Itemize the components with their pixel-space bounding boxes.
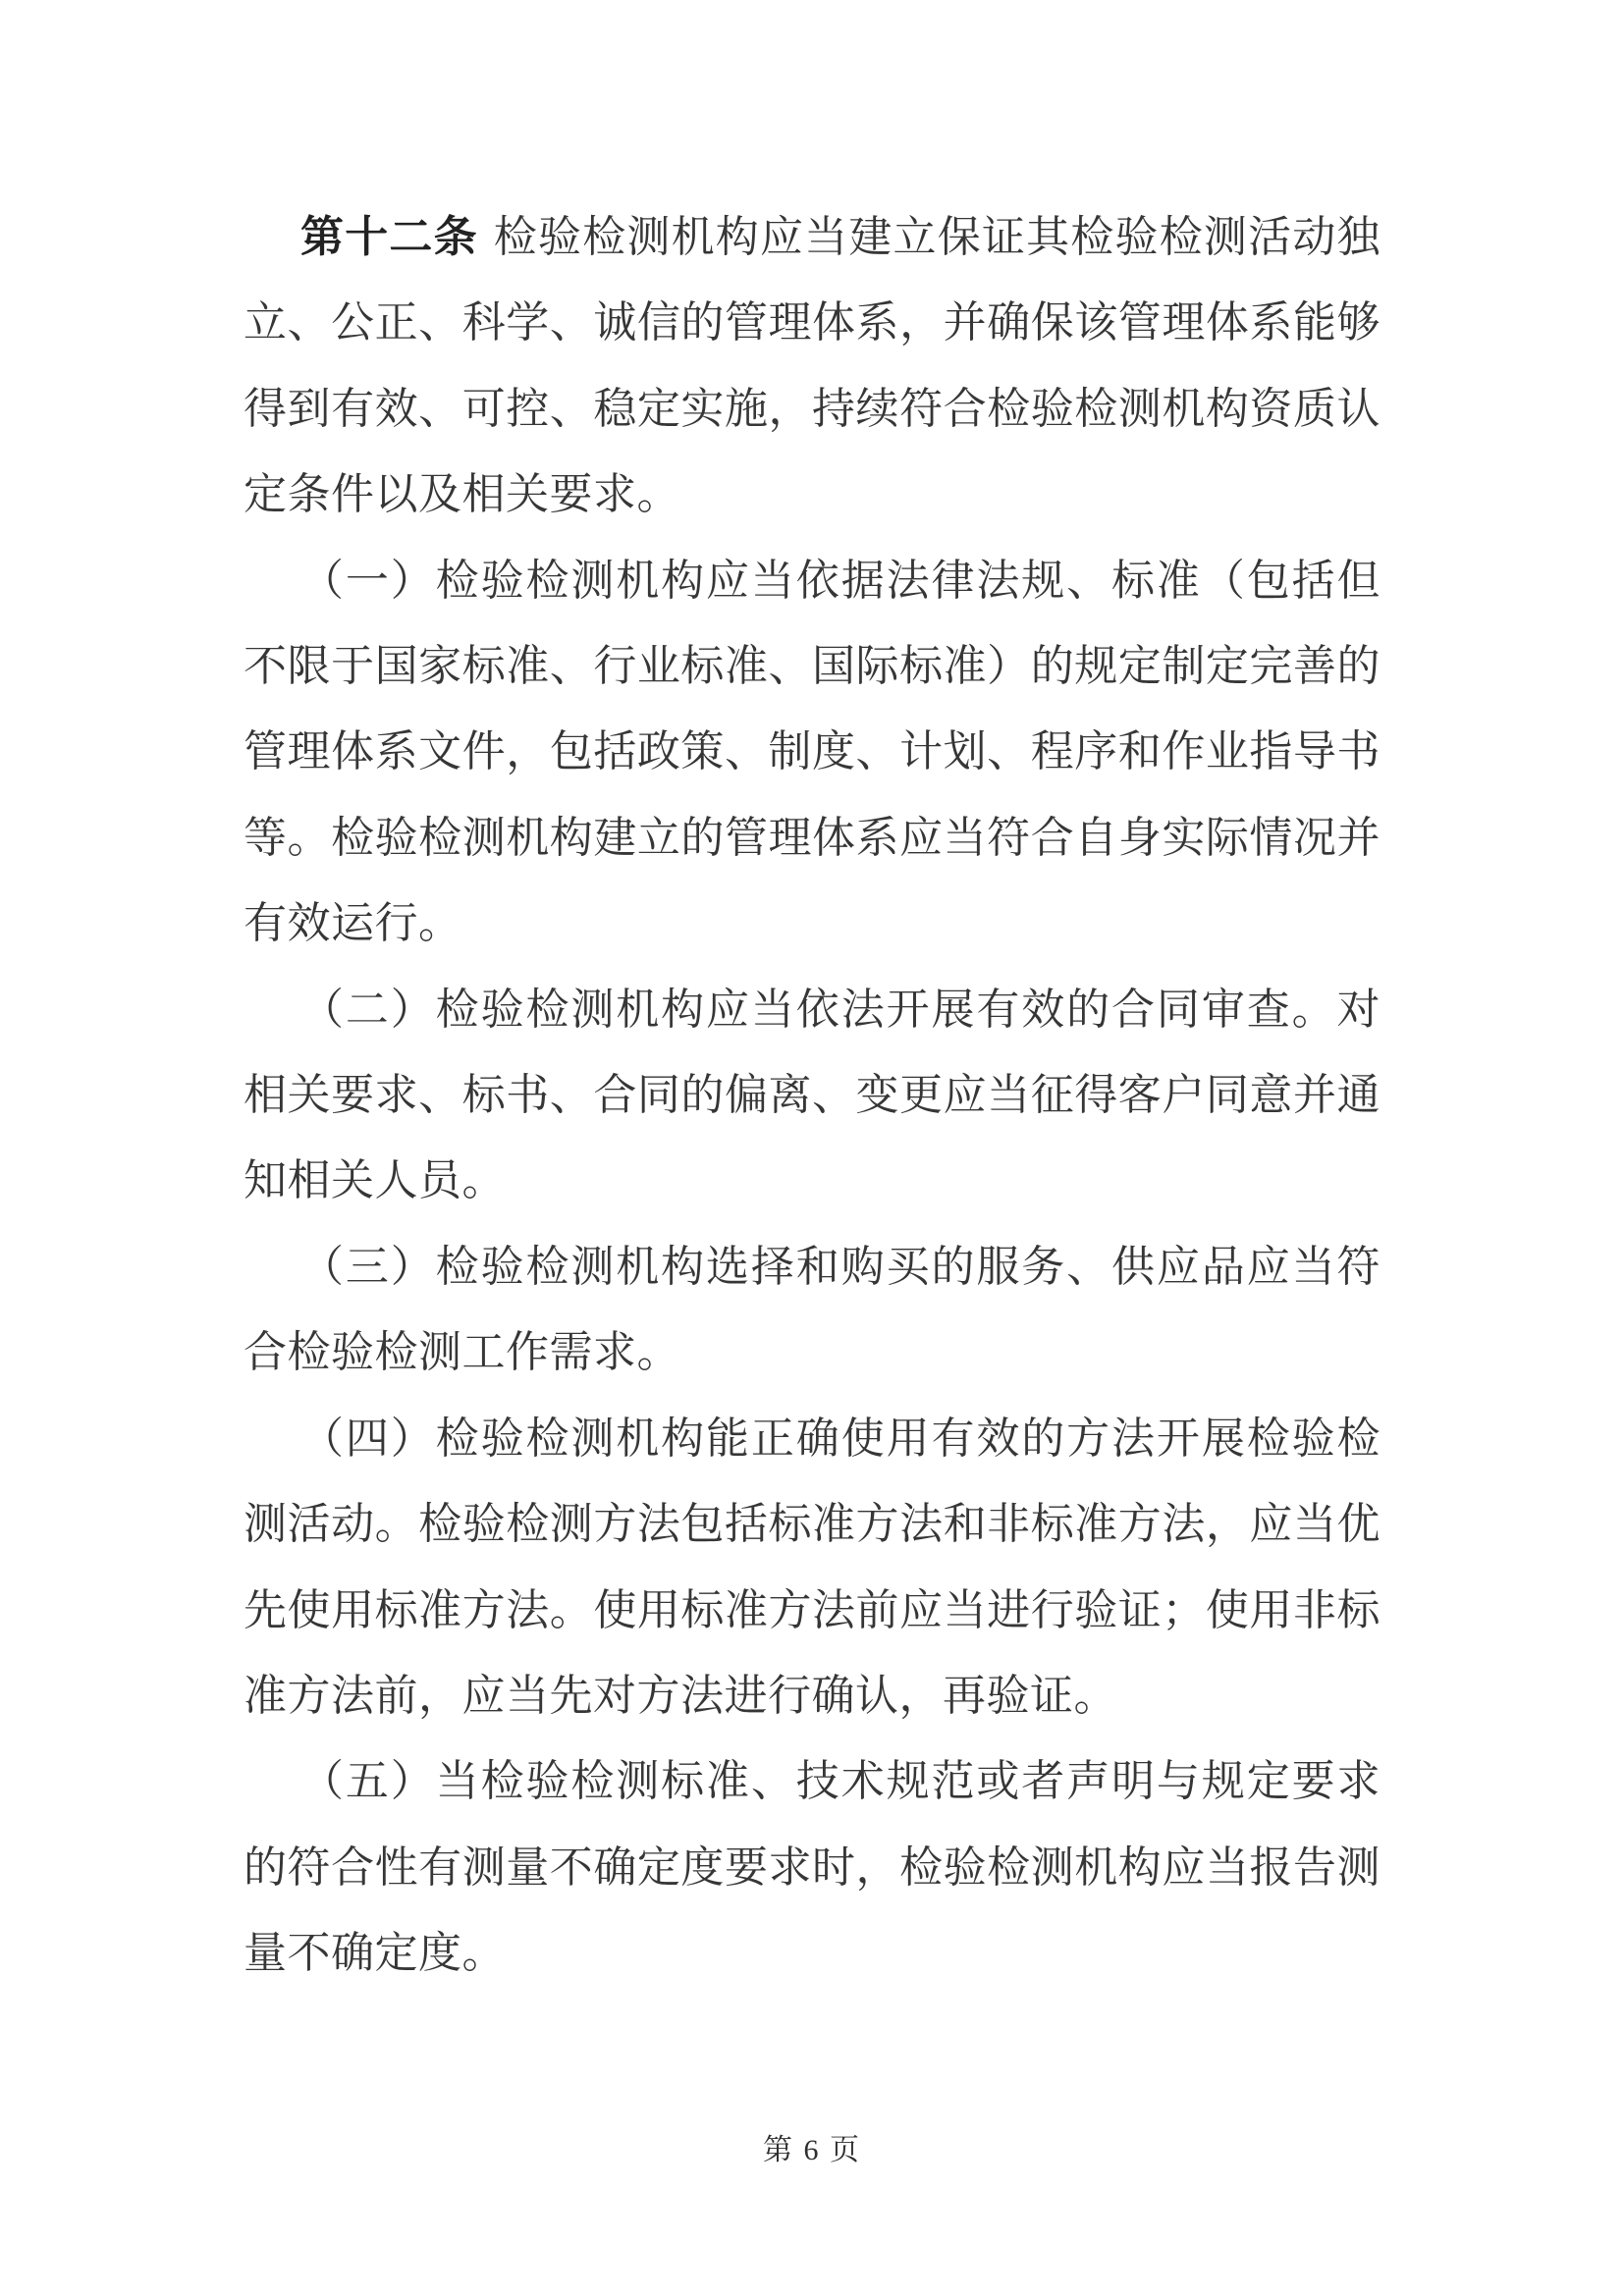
paragraph: （一）检验检测机构应当依据法律法规、标准（包括但不限于国家标准、行业标准、国际标…	[244, 538, 1380, 967]
paragraph-text: （三）检验检测机构选择和购买的服务、供应品应当符合检验检测工作需求。	[244, 1243, 1380, 1376]
paragraph: （二）检验检测机构应当依法开展有效的合同审查。对相关要求、标书、合同的偏离、变更…	[244, 967, 1380, 1224]
paragraph-text: （二）检验检测机构应当依法开展有效的合同审查。对相关要求、标书、合同的偏离、变更…	[244, 986, 1380, 1205]
document-page: 第十二条检验检测机构应当建立保证其检验检测活动独立、公正、科学、诚信的管理体系，…	[0, 0, 1624, 2296]
paragraph-text: （四）检验检测机构能正确使用有效的方法开展检验检测活动。检验检测方法包括标准方法…	[244, 1415, 1380, 1720]
document-body: 第十二条检验检测机构应当建立保证其检验检测活动独立、公正、科学、诚信的管理体系，…	[244, 194, 1380, 1997]
paragraph: （三）检验检测机构选择和购买的服务、供应品应当符合检验检测工作需求。	[244, 1224, 1380, 1396]
paragraph-text: （一）检验检测机构应当依据法律法规、标准（包括但不限于国家标准、行业标准、国际标…	[244, 557, 1380, 948]
paragraph: 第十二条检验检测机构应当建立保证其检验检测活动独立、公正、科学、诚信的管理体系，…	[244, 194, 1380, 538]
page-footer: 第 6 页	[0, 2125, 1624, 2168]
article-number-label: 第十二条	[300, 213, 478, 261]
paragraph-text: （五）当检验检测标准、技术规范或者声明与规定要求的符合性有测量不确定度要求时，检…	[244, 1757, 1380, 1977]
page-number-label: 第 6 页	[763, 2134, 861, 2166]
paragraph: （五）当检验检测标准、技术规范或者声明与规定要求的符合性有测量不确定度要求时，检…	[244, 1738, 1380, 1996]
paragraph: （四）检验检测机构能正确使用有效的方法开展检验检测活动。检验检测方法包括标准方法…	[244, 1396, 1380, 1739]
